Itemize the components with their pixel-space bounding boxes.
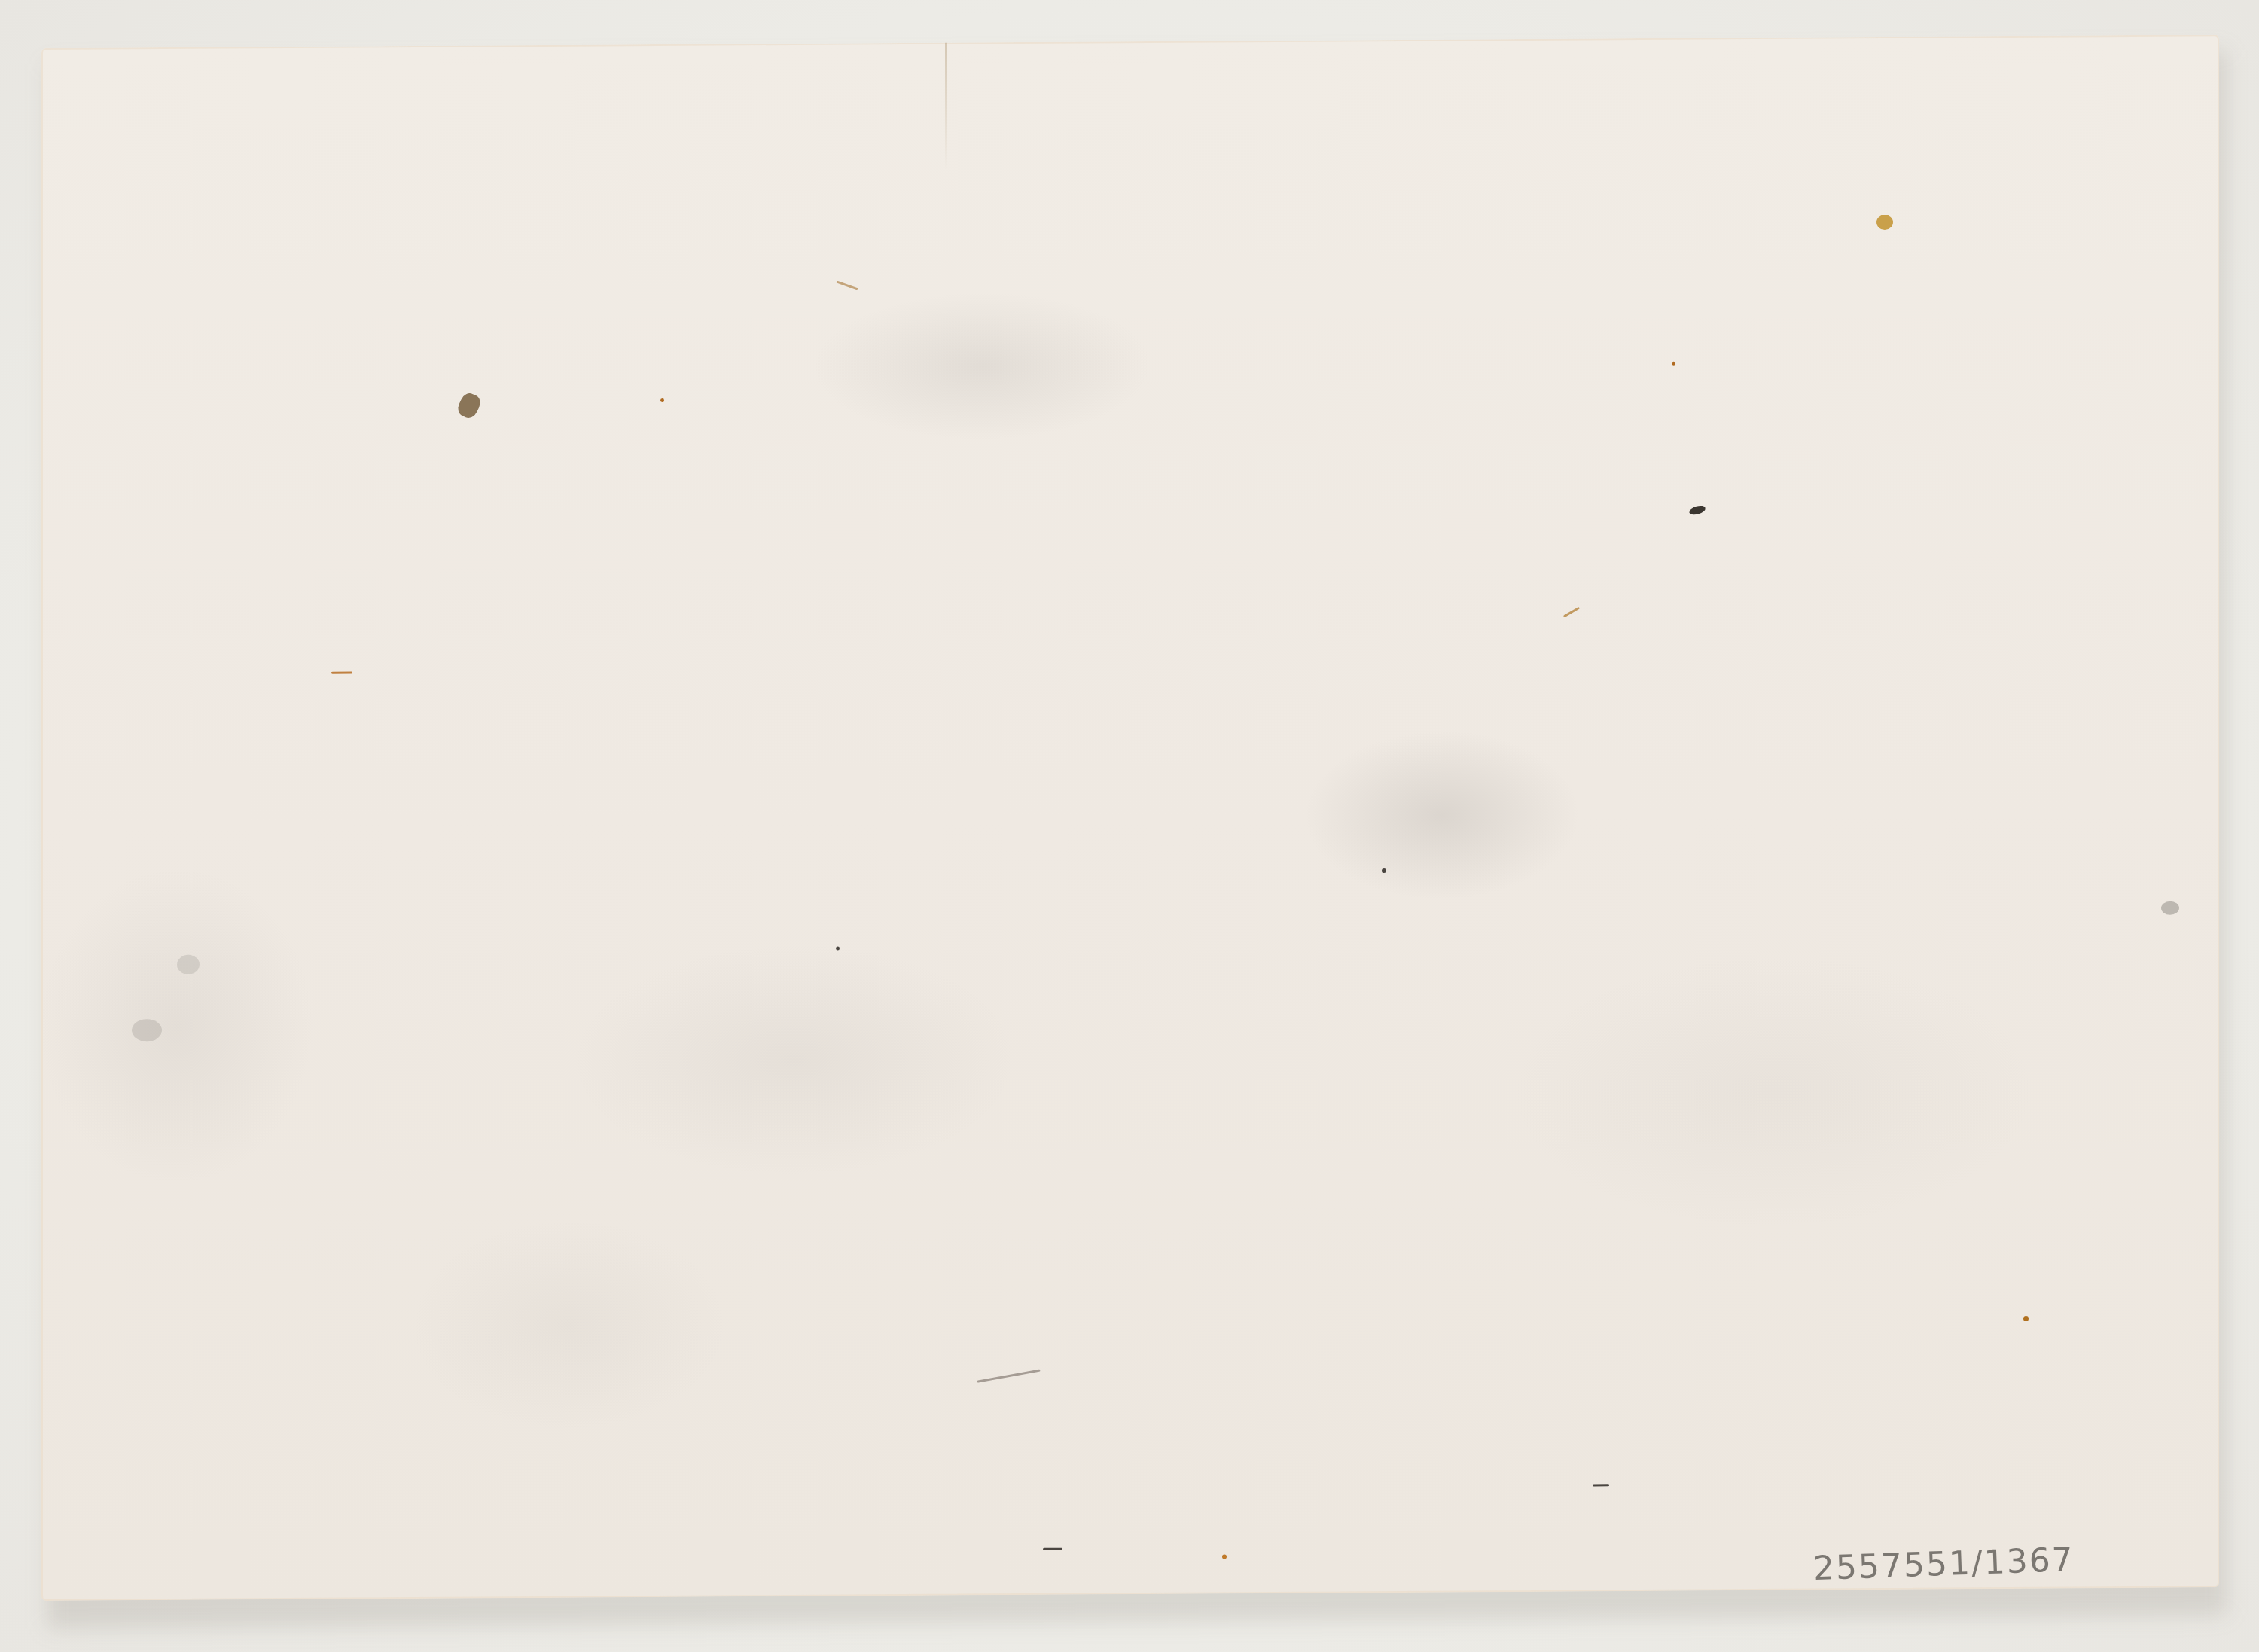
fiber-mark <box>836 281 858 291</box>
rust-speck <box>1672 362 1675 366</box>
fiber-mark <box>977 1370 1040 1383</box>
rust-speck <box>1222 1554 1227 1559</box>
fiber-mark <box>1593 1484 1609 1486</box>
dark-speck <box>1382 868 1386 873</box>
grey-spot <box>177 955 200 974</box>
fiber-mark <box>1043 1548 1062 1550</box>
rust-speck <box>2023 1316 2029 1321</box>
dark-speck <box>836 947 840 951</box>
fiber-mark <box>1563 607 1580 618</box>
paper-sheet <box>41 35 2219 1601</box>
rust-speck <box>660 398 664 402</box>
fiber-mark <box>331 671 352 673</box>
paper-crease <box>945 43 947 171</box>
grey-spot <box>2161 901 2179 915</box>
grey-spot <box>132 1019 162 1041</box>
dark-speck <box>1688 504 1706 516</box>
stain-spot <box>1876 215 1893 230</box>
fiber-clump <box>455 391 483 421</box>
